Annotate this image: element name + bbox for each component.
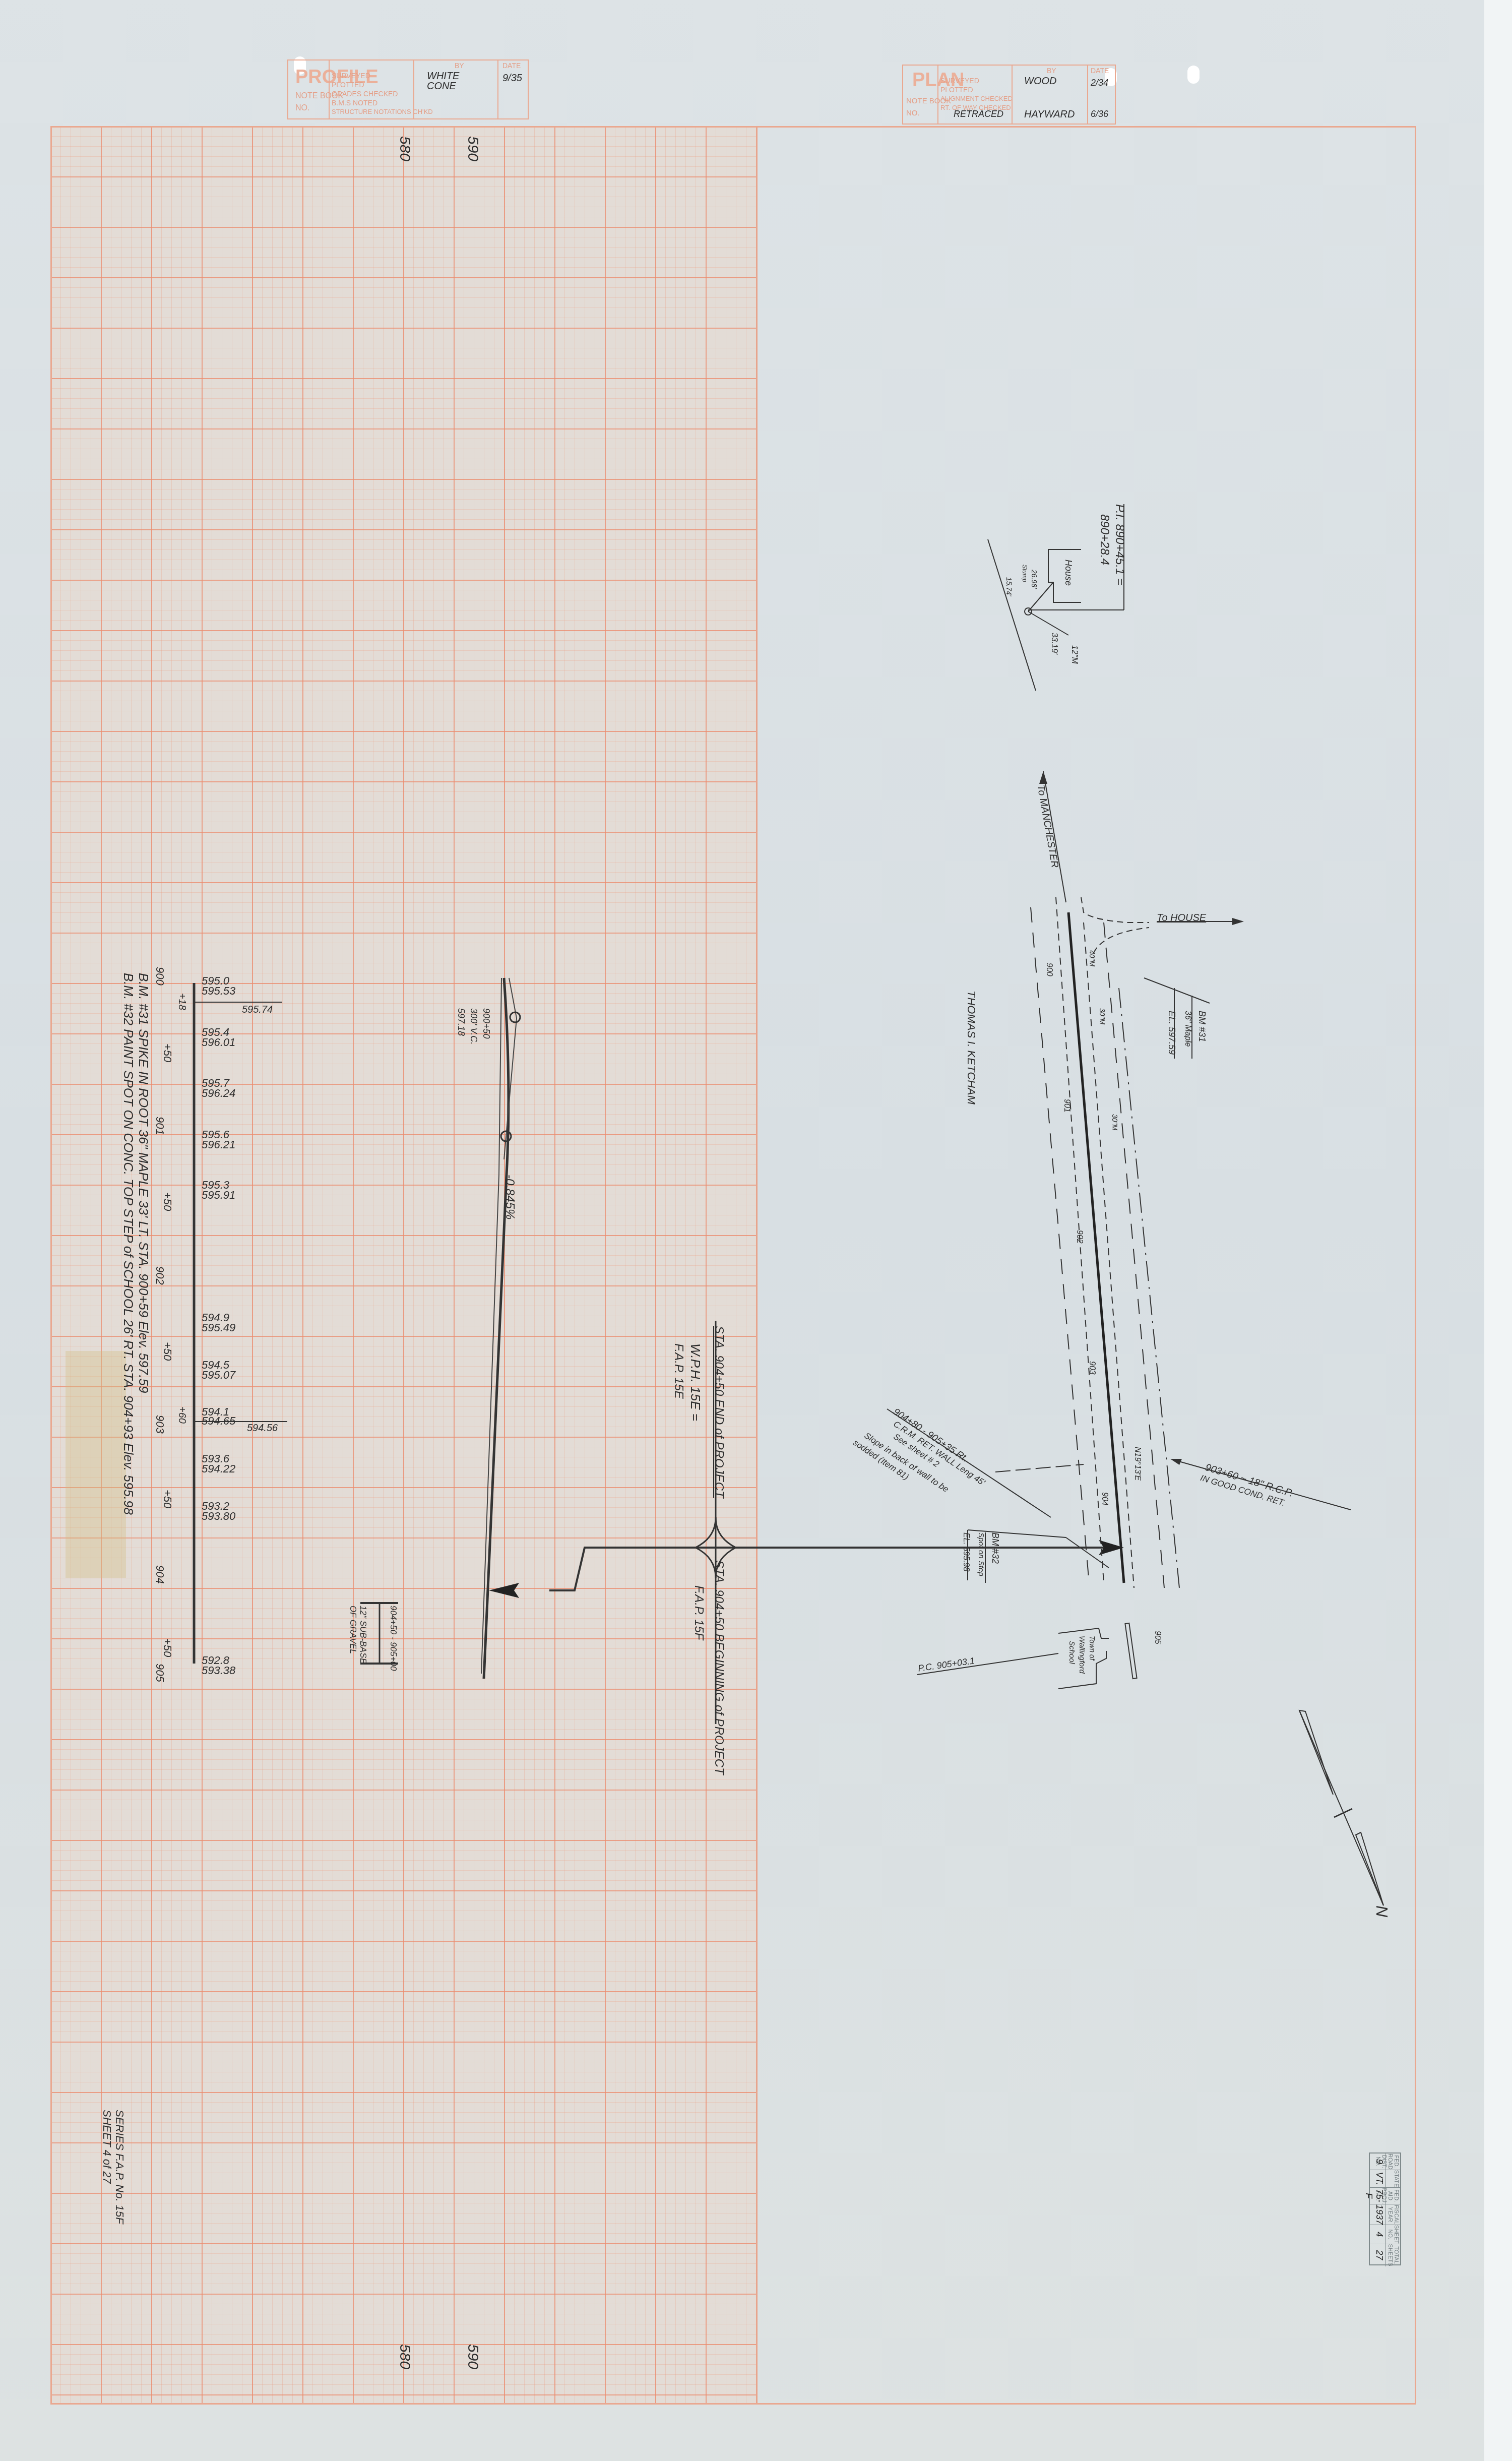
subbase-station: 904+50 - 905+00 [388, 1606, 398, 1671]
station-label: 900 [153, 967, 166, 986]
tree-label: 40"M [1088, 950, 1096, 966]
owner-label: THOMAS I. KETCHAM [965, 991, 978, 1104]
school-line2: Wallingford [1078, 1636, 1086, 1674]
station-label: 904 [153, 1565, 166, 1584]
end-project-fap: F.A.P. 15E [671, 1343, 685, 1399]
station-label: +18 [176, 993, 187, 1010]
series-note-line2: SHEET 4 of 27 [100, 2110, 113, 2184]
tree-12m: 12"M [1069, 645, 1079, 664]
station-label: +50 [161, 1342, 174, 1361]
stump-label: Stump [1021, 565, 1028, 582]
subbase-text: 12" SUB-BASE OF GRAVEL [348, 1606, 368, 1666]
elev-ground: 595.53 [202, 986, 235, 997]
vc-length: 300' V.C. [468, 1008, 479, 1044]
house-dist3: 33.19' [1049, 633, 1058, 654]
plan-station: 905 [1153, 1631, 1162, 1644]
end-project-wph: W.P.H. 15E = [687, 1343, 703, 1421]
end-project-label: STA. 904+50 END of PROJECT [712, 1326, 726, 1498]
elev-ground: 595.49 [202, 1322, 235, 1333]
grade-percent: -0.845% [502, 1175, 517, 1219]
plan-station: 900 [1044, 963, 1053, 976]
elev-ground: 596.24 [202, 1088, 235, 1099]
bm31-label: BM #31 [1196, 1011, 1207, 1042]
to-house-label: To HOUSE [1157, 912, 1206, 924]
fed-cell-total-sheets: TOTAL SHEETS 27 [1370, 2244, 1400, 2266]
station-label: 902 [153, 1266, 166, 1285]
fed-cell-project-no: FED. AID PROJ. NO. 75-F [1370, 2188, 1400, 2204]
linework [0, 0, 1512, 2461]
fed-cell-sheet-no: SHEET NO. 4 [1370, 2225, 1400, 2244]
house-dist2: 15.74' [1005, 577, 1013, 596]
elev-ground: 594.22 [202, 1463, 235, 1474]
marker-elev: 595.74 [242, 1004, 273, 1016]
plan-station: 901 [1062, 1099, 1071, 1113]
bm32-desc: Spot on Step [977, 1532, 985, 1576]
fed-cell-district: FED. ROAD DIST. NO. 9 [1370, 2154, 1400, 2170]
marker-elev: 594.56 [247, 1423, 278, 1434]
pi-line1: P.I. 890+45.1 = [1112, 504, 1126, 585]
bm32-elev: EL. 595.98 [961, 1532, 970, 1571]
school-line1: Town of [1088, 1636, 1096, 1660]
station-label: +60 [176, 1406, 187, 1424]
bearing-label: N19°13'E [1132, 1447, 1142, 1481]
station-label: +50 [161, 1192, 174, 1211]
tree-label: 30"M [1111, 1114, 1119, 1130]
elev-ground: 594.65 [202, 1416, 235, 1427]
vc-station: 900+50 [481, 1008, 491, 1039]
federal-project-block: FED. ROAD DIST. NO. 9 STATE VT. FED. AID… [1369, 2152, 1401, 2265]
drawing-sheet: PROFILE NOTE BOOK NO. SURVEYED PLOTTED G… [0, 0, 1512, 2461]
station-label: +50 [161, 1638, 174, 1657]
plan-station: 904 [1100, 1492, 1109, 1506]
elev-ground: 595.07 [202, 1370, 235, 1381]
begin-project-fap: F.A.P. 15F [691, 1585, 706, 1640]
elev-ground: 593.38 [202, 1665, 235, 1676]
school-line3: School [1067, 1641, 1076, 1664]
benchmark-32-note: B.M. #32 PAINT SPOT ON CONC. TOP STEP of… [120, 973, 136, 1515]
house-dist1: 26.98' [1030, 570, 1038, 589]
fed-cell-fiscal-year: FISCAL YEAR 1937 [1370, 2204, 1400, 2225]
station-label: +50 [161, 1043, 174, 1062]
vc-elev: 597.18 [456, 1008, 466, 1036]
begin-project-label: STA. 904+50 BEGINNING of PROJECT [712, 1560, 726, 1775]
fed-cell-state: STATE VT. [1370, 2170, 1400, 2188]
plan-station: 903 [1087, 1361, 1096, 1375]
station-label: 901 [153, 1117, 166, 1135]
plan-station: 902 [1075, 1230, 1084, 1244]
station-label: 903 [153, 1415, 166, 1434]
bm31-elev: EL. 597.59 [1166, 1011, 1177, 1055]
pi-line2: 890+28.4 [1097, 514, 1111, 565]
house-label: House [1063, 560, 1074, 586]
station-label: +50 [161, 1490, 174, 1508]
bm32-label: BM #32 [990, 1532, 1000, 1564]
elev-ground: 595.91 [202, 1190, 235, 1201]
bm31-desc: 36" Maple [1183, 1011, 1192, 1047]
elev-ground: 593.80 [202, 1511, 235, 1522]
elev-ground: 596.21 [202, 1139, 235, 1150]
tree-label: 30"M [1098, 1008, 1106, 1024]
series-note-line1: SERIES F.A.P. No. 15F [113, 2110, 126, 2224]
elev-ground: 596.01 [202, 1037, 235, 1048]
north-arrow-label: N [1372, 1905, 1391, 1917]
benchmark-31-note: B.M. #31 SPIKE IN ROOT 36" MAPLE 33' LT.… [136, 973, 151, 1393]
station-label: 905 [153, 1664, 166, 1682]
